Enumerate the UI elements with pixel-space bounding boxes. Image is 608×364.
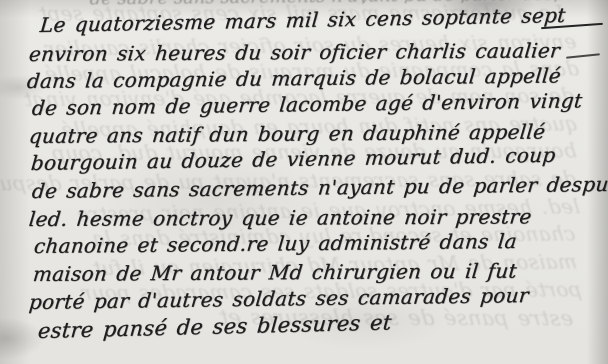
manuscript-line: dans la compagnie du marquis de bolacul … — [26, 63, 562, 93]
manuscript-line: led. hesme onctroy que ie antoine noir p… — [28, 204, 533, 231]
manuscript-line: environ six heures du soir oficier charl… — [28, 38, 561, 66]
manuscript-line: de sabre sans sacrements n'ayant pu de p… — [31, 172, 608, 203]
manuscript-line: Le quatorziesme mars mil six cens soptan… — [39, 3, 567, 37]
manuscript-page: Le quatorziesme mars mil six cens soptan… — [0, 0, 608, 364]
manuscript-line: de son nom de guerre lacombe agé d'envir… — [31, 88, 584, 120]
manuscript-text-layer: Le quatorziesme mars mil six cens soptan… — [0, 0, 608, 364]
manuscript-line: porté par d'autres soldats ses camarades… — [28, 283, 530, 314]
manuscript-line: bourgouin au douze de vienne mourut dud.… — [30, 143, 557, 175]
manuscript-line: maison de Mr antour Md chirurgien ou il … — [32, 259, 518, 286]
manuscript-line: estre pansé de ses blessures et — [37, 310, 392, 343]
manuscript-line: chanoine et second.re luy administré dan… — [33, 229, 518, 258]
